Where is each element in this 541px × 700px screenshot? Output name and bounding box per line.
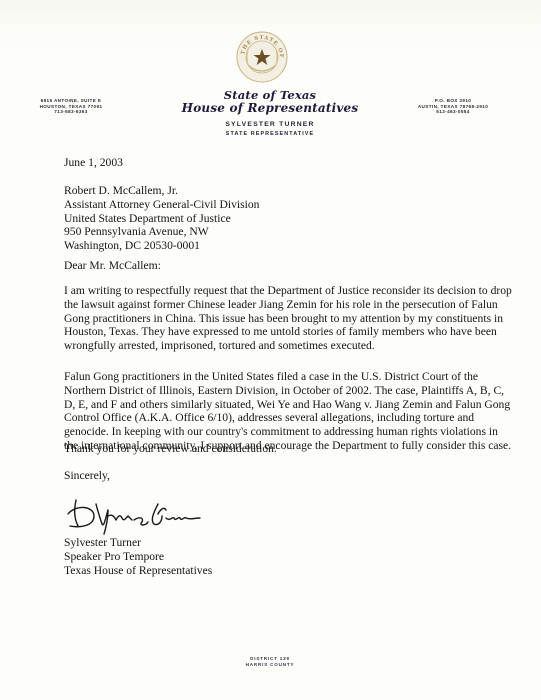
county-label: HARRIS COUNTY — [200, 662, 340, 668]
district-office-address: 6915 ANTOINE, SUITE E HOUSTON, TEXAS 770… — [30, 98, 112, 115]
body-paragraph-1: I am writing to respectfully request tha… — [64, 284, 482, 353]
body-line: Northern District of Illinois, Eastern D… — [64, 384, 482, 398]
signer-title: Speaker Pro Tempore — [64, 550, 504, 564]
capitol-office-address: P.O. BOX 2910 AUSTIN, TEXAS 78768-2910 5… — [405, 98, 501, 115]
representative-name: SYLVESTER TURNER — [150, 121, 390, 128]
body-line: I am writing to respectfully request tha… — [64, 284, 482, 298]
body-line: Houston, Texas. They have expressed to m… — [64, 325, 482, 339]
letterhead-footer: DISTRICT 139 HARRIS COUNTY — [200, 656, 340, 668]
recipient-address-block: Robert D. McCallem, Jr. Assistant Attorn… — [64, 184, 504, 253]
signature-icon — [62, 496, 210, 536]
recipient-title: Assistant Attorney General-Civil Divisio… — [64, 198, 504, 212]
letterhead-title-house: House of Representatives — [150, 101, 390, 115]
body-line: wrongfully arrested, imprisoned, torture… — [64, 339, 482, 353]
letterhead-title-state: State of Texas — [150, 88, 390, 102]
letter-page: THE STATE OF TEXAS 6915 ANTOINE, SUITE E… — [0, 0, 541, 700]
body-line: Falun Gong practitioners in the United S… — [64, 370, 482, 384]
phone-number: 713-683-6363 — [30, 109, 112, 115]
recipient-city: Washington, DC 20530-0001 — [64, 239, 504, 253]
letter-date: June 1, 2003 — [64, 156, 504, 170]
recipient-name: Robert D. McCallem, Jr. — [64, 184, 504, 198]
body-line: D, E, and F and others similarly situate… — [64, 398, 482, 412]
body-line: Control Office (A.K.A. Office 6/10), add… — [64, 411, 482, 425]
closing: Sincerely, — [64, 469, 504, 483]
salutation: Dear Mr. McCallem: — [64, 259, 504, 273]
body-paragraph-2: Falun Gong practitioners in the United S… — [64, 370, 482, 453]
body-line: genocide. In keeping with our country's … — [64, 425, 482, 439]
representative-role: STATE REPRESENTATIVE — [150, 131, 390, 137]
signer-name: Sylvester Turner — [64, 536, 504, 550]
signer-block: Sylvester Turner Speaker Pro Tempore Tex… — [64, 536, 504, 577]
body-line: Gong practitioners in China. This issue … — [64, 312, 482, 326]
texas-seal-icon: THE STATE OF TEXAS — [236, 31, 288, 83]
signer-organization: Texas House of Representatives — [64, 564, 504, 578]
recipient-organization: United States Department of Justice — [64, 212, 504, 226]
phone-number: 512-463-0554 — [405, 109, 501, 115]
thanks-line: Thank you for your review and considerat… — [64, 442, 504, 456]
body-line: the lawsuit against former Chinese leade… — [64, 298, 482, 312]
recipient-street: 950 Pennsylvania Avenue, NW — [64, 225, 504, 239]
address-line: 6915 ANTOINE, SUITE E — [30, 98, 112, 104]
